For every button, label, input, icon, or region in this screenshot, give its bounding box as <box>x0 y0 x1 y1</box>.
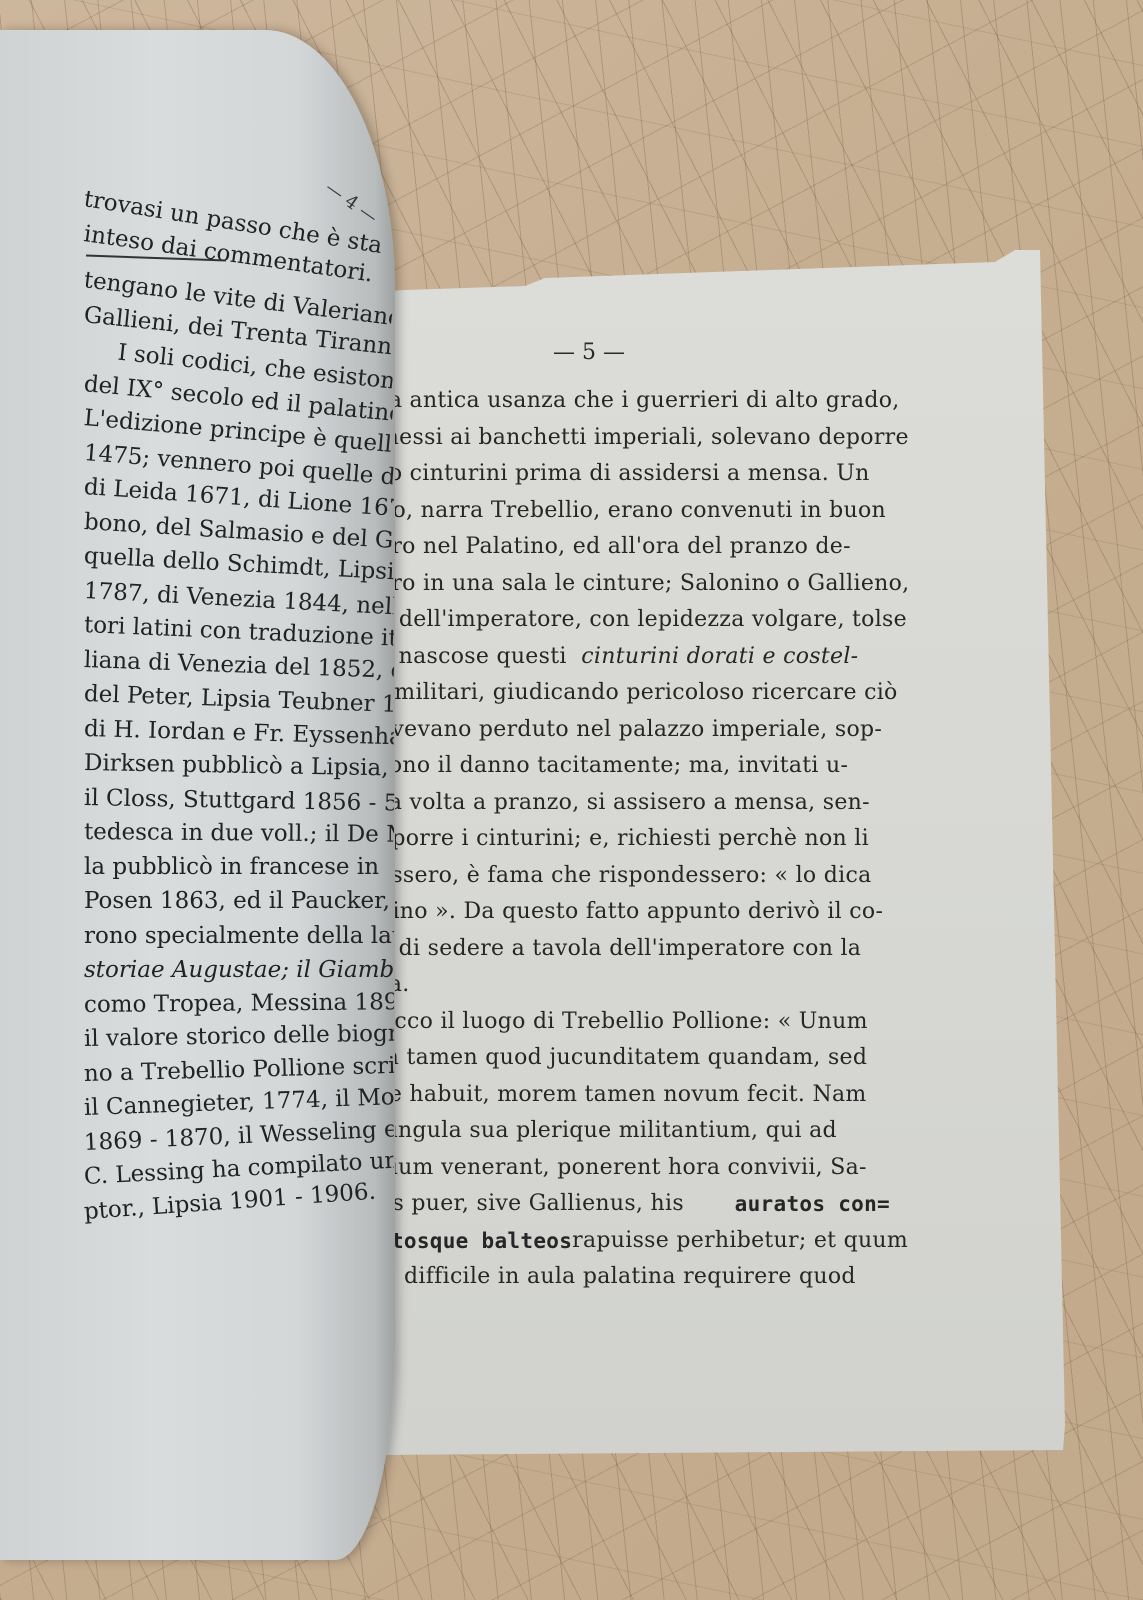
text-line: nino ». Da questo fatto appunto derivò i… <box>378 894 890 931</box>
text-span: e nascose questi <box>378 639 567 676</box>
text-line: difficile in aula palatina requirere quo… <box>378 1259 890 1296</box>
text-line: storiae Augustae; il Giambelli <box>84 953 394 988</box>
text-span: rapuisse perhibetur; et quum <box>572 1223 908 1260</box>
text-line: ra volta a pranzo, si assisero a mensa, … <box>378 785 890 822</box>
text-line: ero in una sala le cinture; Salonino o G… <box>378 566 890 603</box>
gothic-phrase: auratos con= <box>735 1186 890 1223</box>
text-line: essero, è fama che rispondessero: « lo d… <box>378 858 890 895</box>
text-line: cingula sua plerique militantium, qui ad <box>378 1113 890 1150</box>
text-line: Dirksen pubblicò a Lipsia, il <box>84 746 395 786</box>
text-line: messi ai banchetti imperiali, solevano d… <box>378 420 890 457</box>
gothic-phrase: atosque balteos <box>378 1223 572 1260</box>
text-line: e di sedere a tavola dell'imperatore con… <box>378 931 890 968</box>
text-line: tedesca in due voll.; il De Mo <box>84 815 394 852</box>
text-line: no, narra Trebellio, erano convenuti in … <box>378 493 890 530</box>
text-line: e nascose questi cinturini dorati e cost… <box>378 639 890 676</box>
text-line: ero nel Palatino, ed all'ora del pranzo … <box>378 529 890 566</box>
left-page-text: trovasi un passo che è sta inteso dai co… <box>84 182 394 1229</box>
text-line: ra. <box>378 967 890 1004</box>
text-line: atosque balteos rapuisse perhibetur; et … <box>378 1223 890 1260</box>
right-page-text: ra antica usanza che i guerrieri di alto… <box>378 383 890 1296</box>
text-line: avevano perduto nel palazzo imperiale, s… <box>378 712 890 749</box>
text-line: la pubblicò in francese in <box>84 850 394 885</box>
text-span: us puer, sive Gallienus, his <box>378 1186 684 1223</box>
text-line: rono il danno tacitamente; ma, invitati … <box>378 748 890 785</box>
text-line: eporre i cinturini; e, richiesti perchè … <box>378 821 890 858</box>
text-line: rono specialmente della latinità <box>84 919 394 954</box>
text-line: m tamen quod jucunditatem quandam, sed <box>378 1040 890 1077</box>
text-line: o dell'imperatore, con lepidezza volgare… <box>378 602 890 639</box>
text-line: Ecco il luogo di Trebellio Pollione: « U… <box>378 1004 890 1041</box>
text-line: re habuit, morem tamen novum fecit. Nam <box>378 1077 890 1114</box>
text-line: vium venerant, ponerent hora convivii, S… <box>378 1150 890 1187</box>
text-line: I militari, giudicando pericoloso ricerc… <box>378 675 890 712</box>
text-line: ro cinturini prima di assidersi a mensa.… <box>378 456 890 493</box>
text-line: us puer, sive Gallienus, his auratos con… <box>378 1186 890 1223</box>
text-line: Posen 1863, ed il Paucker, Do <box>84 884 394 919</box>
text-line: ra antica usanza che i guerrieri di alto… <box>378 383 890 420</box>
italic-phrase: cinturini dorati e costel- <box>581 639 858 676</box>
page-number-right: — 5 — <box>553 340 625 365</box>
